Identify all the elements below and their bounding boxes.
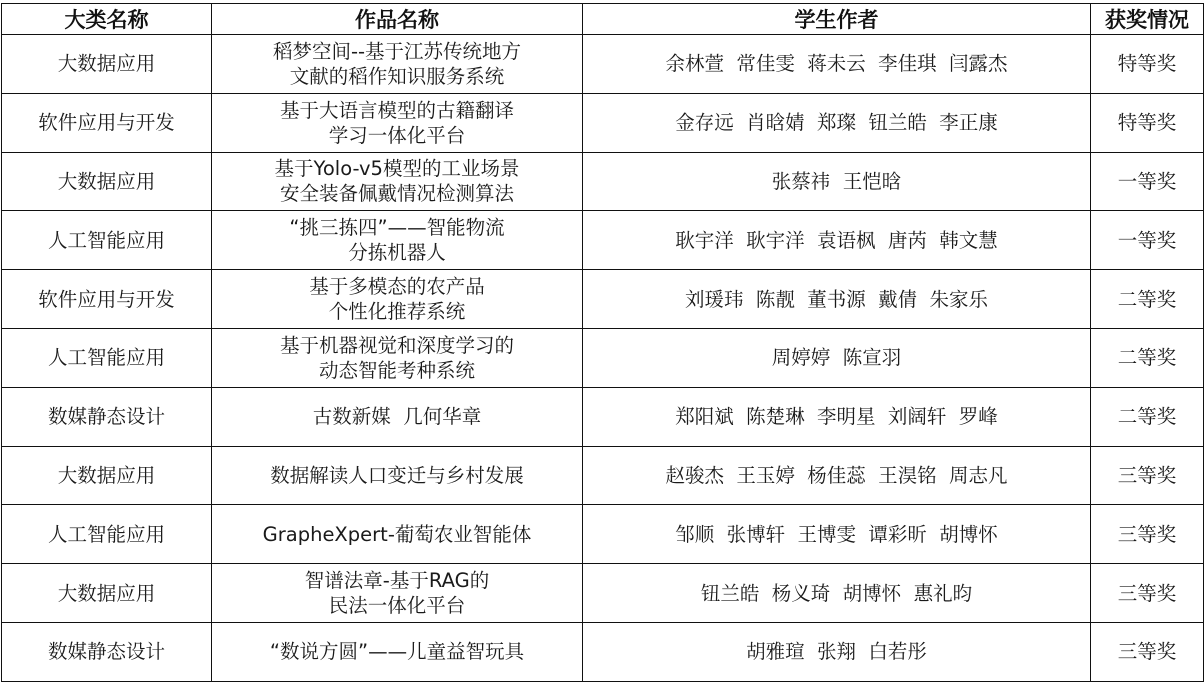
students-cell: 胡雅瑄 张翔 白若彤 [583,622,1091,681]
work-title-line: 古数新媒 几何华章 [212,404,582,429]
award-cell: 一等奖 [1091,211,1204,270]
work-title-line: GrapheXpert-葡萄农业智能体 [212,522,582,547]
students-cell: 金存远 肖晗婧 郑璨 钮兰皓 李正康 [583,93,1091,152]
category-cell: 人工智能应用 [2,328,212,387]
work-title-line: 学习一体化平台 [212,123,582,148]
award-cell: 三等奖 [1091,505,1204,564]
table-row: 大数据应用 稻梦空间--基于江苏传统地方 文献的稻作知识服务系统 余林萱 常佳雯… [2,35,1204,94]
work-cell: 基于机器视觉和深度学习的 动态智能考种系统 [212,328,583,387]
award-cell: 二等奖 [1091,387,1204,446]
category-cell: 大数据应用 [2,446,212,505]
work-title-line: 基于Yolo-v5模型的工业场景 [212,156,582,181]
students-cell: 耿宇洋 耿宇洋 袁语枫 唐芮 韩文慧 [583,211,1091,270]
category-cell: 大数据应用 [2,564,212,623]
students-cell: 刘瑗玮 陈靓 董书源 戴倩 朱家乐 [583,270,1091,329]
category-cell: 数媒静态设计 [2,387,212,446]
category-cell: 大数据应用 [2,152,212,211]
table-row: 软件应用与开发 基于大语言模型的古籍翻译 学习一体化平台 金存远 肖晗婧 郑璨 … [2,93,1204,152]
table-row: 大数据应用 智谱法章-基于RAG的 民法一体化平台 钮兰皓 杨义琦 胡博怀 惠礼… [2,564,1204,623]
work-cell: “挑三拣四”——智能物流 分拣机器人 [212,211,583,270]
work-title-line: 智谱法章-基于RAG的 [212,568,582,593]
work-cell: 智谱法章-基于RAG的 民法一体化平台 [212,564,583,623]
work-title-line: 基于大语言模型的古籍翻译 [212,98,582,123]
work-cell: 稻梦空间--基于江苏传统地方 文献的稻作知识服务系统 [212,35,583,94]
header-award: 获奖情况 [1091,4,1204,35]
work-title-line: 文献的稻作知识服务系统 [212,64,582,89]
award-cell: 特等奖 [1091,35,1204,94]
category-cell: 软件应用与开发 [2,93,212,152]
table-row: 大数据应用 数据解读人口变迁与乡村发展 赵骏杰 王玉婷 杨佳蕊 王淏铭 周志凡 … [2,446,1204,505]
award-cell: 三等奖 [1091,622,1204,681]
header-row: 大类名称 作品名称 学生作者 获奖情况 [2,4,1204,35]
students-cell: 郑阳斌 陈楚琳 李明星 刘阔轩 罗峰 [583,387,1091,446]
students-cell: 赵骏杰 王玉婷 杨佳蕊 王淏铭 周志凡 [583,446,1091,505]
students-cell: 邹顺 张博轩 王博雯 谭彩昕 胡博怀 [583,505,1091,564]
award-cell: 一等奖 [1091,152,1204,211]
table-row: 人工智能应用 “挑三拣四”——智能物流 分拣机器人 耿宇洋 耿宇洋 袁语枫 唐芮… [2,211,1204,270]
work-title-line: 稻梦空间--基于江苏传统地方 [212,39,582,64]
work-cell: 基于大语言模型的古籍翻译 学习一体化平台 [212,93,583,152]
students-cell: 周婷婷 陈宣羽 [583,328,1091,387]
category-cell: 软件应用与开发 [2,270,212,329]
students-cell: 余林萱 常佳雯 蒋未云 李佳琪 闫露杰 [583,35,1091,94]
table-body: 大数据应用 稻梦空间--基于江苏传统地方 文献的稻作知识服务系统 余林萱 常佳雯… [2,35,1204,682]
award-cell: 二等奖 [1091,270,1204,329]
table-row: 人工智能应用 基于机器视觉和深度学习的 动态智能考种系统 周婷婷 陈宣羽 二等奖 [2,328,1204,387]
work-cell: 古数新媒 几何华章 [212,387,583,446]
work-cell: 基于Yolo-v5模型的工业场景 安全装备佩戴情况检测算法 [212,152,583,211]
category-cell: 数媒静态设计 [2,622,212,681]
table-row: 人工智能应用 GrapheXpert-葡萄农业智能体 邹顺 张博轩 王博雯 谭彩… [2,505,1204,564]
award-cell: 三等奖 [1091,446,1204,505]
work-cell: 数据解读人口变迁与乡村发展 [212,446,583,505]
table-row: 数媒静态设计 “数说方圆”——儿童益智玩具 胡雅瑄 张翔 白若彤 三等奖 [2,622,1204,681]
work-title-line: 数据解读人口变迁与乡村发展 [212,463,582,488]
work-title-line: 基于机器视觉和深度学习的 [212,333,582,358]
table-header: 大类名称 作品名称 学生作者 获奖情况 [2,4,1204,35]
work-title-line: 安全装备佩戴情况检测算法 [212,181,582,206]
award-cell: 二等奖 [1091,328,1204,387]
category-cell: 人工智能应用 [2,211,212,270]
table-row: 大数据应用 基于Yolo-v5模型的工业场景 安全装备佩戴情况检测算法 张蔡祎 … [2,152,1204,211]
table-row: 软件应用与开发 基于多模态的农产品 个性化推荐系统 刘瑗玮 陈靓 董书源 戴倩 … [2,270,1204,329]
table-row: 数媒静态设计 古数新媒 几何华章 郑阳斌 陈楚琳 李明星 刘阔轩 罗峰 二等奖 [2,387,1204,446]
work-title-line: 基于多模态的农产品 [212,274,582,299]
work-title-line: 分拣机器人 [212,240,582,265]
work-cell: GrapheXpert-葡萄农业智能体 [212,505,583,564]
work-title-line: “数说方圆”——儿童益智玩具 [212,639,582,664]
work-title-line: 个性化推荐系统 [212,299,582,324]
students-cell: 钮兰皓 杨义琦 胡博怀 惠礼昀 [583,564,1091,623]
students-cell: 张蔡祎 王恺晗 [583,152,1091,211]
work-title-line: 动态智能考种系统 [212,358,582,383]
work-cell: “数说方圆”——儿童益智玩具 [212,622,583,681]
work-title-line: 民法一体化平台 [212,593,582,618]
category-cell: 人工智能应用 [2,505,212,564]
awards-table: 大类名称 作品名称 学生作者 获奖情况 大数据应用 稻梦空间--基于江苏传统地方… [1,3,1204,682]
award-cell: 特等奖 [1091,93,1204,152]
category-cell: 大数据应用 [2,35,212,94]
work-cell: 基于多模态的农产品 个性化推荐系统 [212,270,583,329]
header-students: 学生作者 [583,4,1091,35]
award-cell: 三等奖 [1091,564,1204,623]
header-work: 作品名称 [212,4,583,35]
header-category: 大类名称 [2,4,212,35]
work-title-line: “挑三拣四”——智能物流 [212,215,582,240]
